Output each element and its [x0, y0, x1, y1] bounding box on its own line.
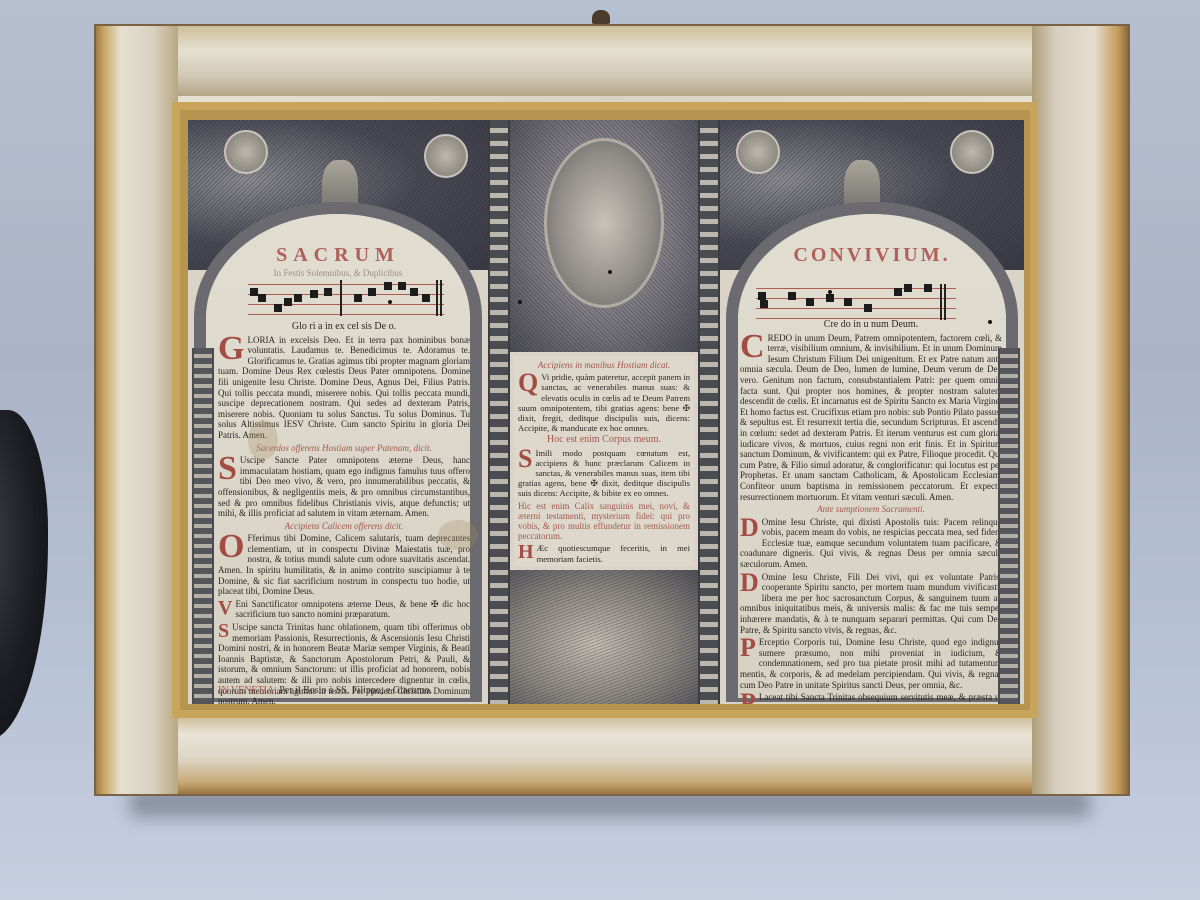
ornamental-border-left	[488, 120, 510, 704]
imprint-city: IN VENETIA,	[218, 685, 277, 696]
initial-c: C	[740, 333, 765, 361]
right-panel: CONVIVIUM. Cre do in u num Deum. CREDO i…	[720, 120, 1024, 704]
simili-modo-text: Imili modo postquam cœnatum est, accipie…	[518, 448, 690, 499]
saint-mark-halo	[736, 130, 780, 174]
frame-bottom-rail	[96, 714, 1128, 794]
initial-h: H	[518, 543, 534, 561]
rubric: Ante sumptionem Sacramenti.	[740, 504, 1002, 515]
suscipe-text: Uscipe Sancte Pater omnipotens æterne De…	[218, 455, 470, 518]
frame-left-stile	[96, 26, 178, 794]
god-the-father-engraving	[510, 120, 698, 352]
foxing-stain	[248, 420, 278, 460]
chant-staff	[248, 280, 444, 316]
qui-pridie-text: Vi pridie, quàm pateretur, accepit panem…	[518, 372, 690, 433]
ornamental-border-right	[698, 120, 720, 704]
wormhole	[828, 290, 832, 294]
offerimus-text: Fferimus tibi Domine, Calicem salutaris,…	[218, 533, 470, 596]
initial-s: S	[218, 455, 237, 483]
haec-text: Æc quotiescumque feceritis, in mei memor…	[537, 543, 690, 563]
initial-d: D	[740, 572, 759, 594]
left-panel: SACRUM In Festis Solemnibus, & Duplicibu…	[188, 120, 488, 704]
initial-p: P	[740, 637, 756, 659]
ornamental-column	[192, 348, 214, 704]
altar-card-print: SACRUM In Festis Solemnibus, & Duplicibu…	[188, 120, 1024, 704]
domine-pacem-text: Omine Iesu Christe, qui dixisti Apostoli…	[740, 517, 1002, 569]
chant-incipit: Cre do in u num Deum.	[740, 320, 1002, 331]
printer-imprint: IN VENETIA, Per il Bosio à SS. Filippo, …	[218, 685, 432, 696]
veni-text: Eni Sanctificator omnipotens æterne Deus…	[235, 599, 470, 620]
initial-v: V	[218, 599, 232, 617]
ornamental-column	[998, 348, 1020, 704]
initial-d: D	[740, 517, 759, 539]
chant-staff	[756, 284, 956, 320]
perceptio-text: Erceptio Corporis tui, Domine Iesu Chris…	[740, 637, 1002, 689]
picture-frame: SACRUM In Festis Solemnibus, & Duplicibu…	[94, 24, 1130, 796]
consecration-host: Hoc est enim Corpus meum.	[518, 435, 690, 445]
credo-text: REDO in unum Deum, Patrem omnipotentem, …	[740, 333, 1002, 502]
hanging-hook	[592, 10, 610, 24]
black-leather-object	[0, 410, 48, 740]
chant-incipit: Glo ri a in ex cel sis De o.	[218, 322, 470, 333]
panel-title: CONVIVIUM.	[720, 244, 1024, 267]
panel-title: SACRUM	[188, 244, 488, 267]
middle-text-block: Accipiens in manibus Hostiam dicat. QVi …	[518, 358, 690, 566]
wormhole	[608, 270, 612, 274]
initial-q: Q	[518, 372, 538, 394]
left-text-block: Glo ri a in ex cel sis De o. GLORIA in e…	[218, 322, 470, 704]
saint-luke-halo	[950, 130, 994, 174]
imprint-printer: Per il Bosio à SS. Filippo, e Giacomo.	[279, 685, 432, 696]
foxing-stain	[438, 520, 478, 550]
pieta-engraving	[510, 570, 698, 704]
rubric: Accipiens Calicem offerens dicit.	[218, 521, 470, 532]
rubric: Accipiens in manibus Hostiam dicat.	[518, 360, 690, 370]
initial-s: S	[518, 448, 532, 470]
initial-p: P	[740, 692, 756, 704]
wormhole	[988, 320, 992, 324]
initial-s: S	[218, 622, 229, 640]
right-text-block: Cre do in u num Deum. CREDO in unum Deum…	[740, 320, 1002, 704]
saint-matthew-halo	[224, 130, 268, 174]
frame-right-stile	[1032, 26, 1128, 794]
consecration-chalice: Hic est enim Calix sanguinis mei, novi, …	[518, 501, 690, 542]
saint-john-halo	[424, 134, 468, 178]
middle-panel: Accipiens in manibus Hostiam dicat. QVi …	[488, 120, 720, 704]
domine-fili-text: Omine Iesu Christe, Fili Dei vivi, qui e…	[740, 572, 1002, 635]
wormhole	[388, 300, 392, 304]
initial-o: O	[218, 533, 244, 561]
panel-subtitle: In Festis Solemnibus, & Duplicibus	[188, 268, 488, 278]
initial-g: G	[218, 335, 244, 363]
frame-top-rail	[96, 26, 1128, 96]
oval-medallion	[544, 138, 664, 308]
wormhole	[518, 300, 522, 304]
placeat-text: Laceat tibi Sancta Trinitas obsequium se…	[740, 692, 1002, 704]
